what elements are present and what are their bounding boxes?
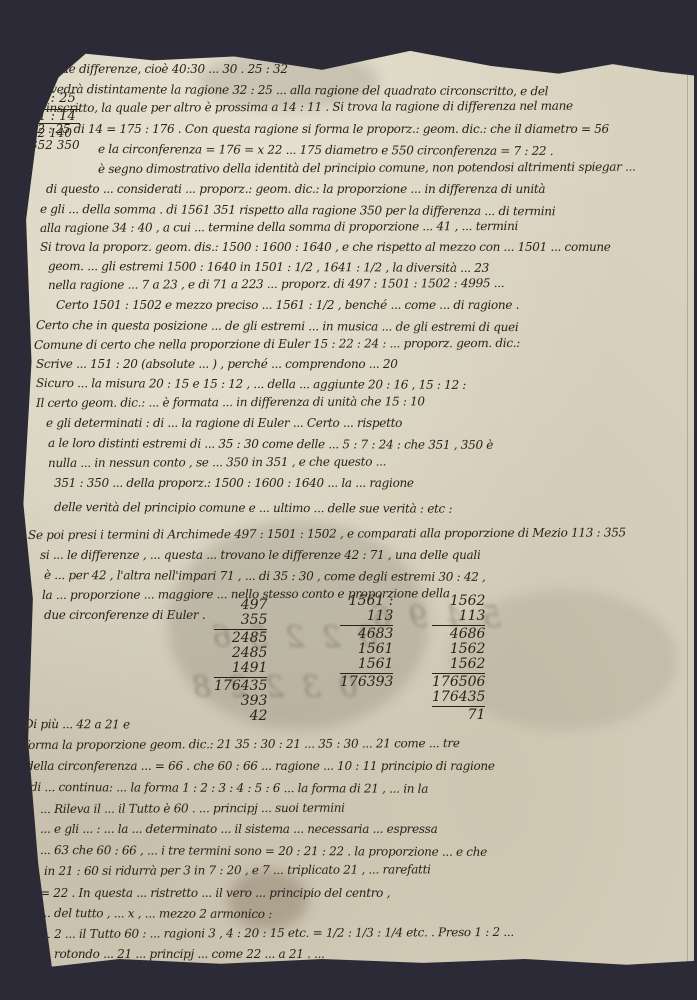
handwritten-line: Certo che in questa posizione ... de gli… (36, 318, 518, 334)
margin-calculation: 32 : 25 11 : 14 32 140 352 350 (30, 92, 80, 151)
handwritten-line: alla ragione 34 : 40 , a cui ... termine… (40, 219, 518, 235)
handwritten-line: Si trova la proporz. geom. dis.: 1500 : … (40, 240, 611, 254)
handwritten-line: nella ragione ... 7 a 23 , e di 71 a 223… (48, 276, 504, 292)
calculation-row: 1561 (340, 642, 393, 657)
handwritten-line: geom. ... gli estremi 1500 : 1640 in 150… (48, 259, 489, 275)
handwritten-line: Se poi presi i termini di Archimede 497 … (28, 525, 626, 542)
handwritten-line: ... 2 ... il Tutto 60 : ... ragioni 3 , … (40, 925, 514, 941)
calculation-row: 176435 (214, 679, 267, 694)
margin-calc-line: 352 350 (30, 139, 80, 151)
handwritten-line: Sicuro ... la misura 20 : 15 e 15 : 12 ,… (36, 376, 466, 392)
scanned-manuscript: 0 2 2 5 6 0 3 2 2 8 5 4 9 6 ...inversion… (0, 0, 697, 1000)
calculation-row: 1562 (432, 657, 485, 672)
handwritten-line: 351 : 350 ... della proporz.: 1500 : 160… (54, 476, 414, 490)
handwritten-line: e la circonferenza = 176 = x 22 ... 175 … (98, 142, 553, 158)
calculation-row: 1562 (432, 642, 485, 657)
handwritten-line: ... del tutto , ... x , ... mezzo 2 armo… (40, 906, 272, 921)
calculation-row: 355 (214, 613, 267, 628)
calculation-row: 2485 (214, 646, 267, 661)
manuscript-page: 0 2 2 5 6 0 3 2 2 8 5 4 9 6 ...inversion… (18, 30, 694, 978)
handwritten-line: ...inversioni delle... (60, 38, 160, 51)
calculation-row: 2485 (214, 631, 267, 646)
handwritten-line: Di più ... 42 a 21 e (24, 717, 130, 731)
margin-calc-line: 11 : 14 (30, 109, 80, 124)
handwritten-line: in 21 : 60 si ridurrà per 3 in 7 : 20 , … (44, 862, 431, 878)
handwritten-line: della circonferenza ... = 66 . che 60 : … (26, 759, 495, 773)
handwritten-line: delle verità del principio comune e ... … (54, 500, 452, 516)
handwritten-line: ... Rileva il ... il Tutto è 60 . ... pr… (40, 801, 345, 816)
calculation-row: 113 (340, 609, 393, 624)
ink-stain-lower-left (228, 870, 308, 930)
handwritten-line: Il certo geom. dic.: ... è formata ... i… (36, 394, 425, 410)
handwritten-line: si ... le differenze , ... questa ... tr… (40, 548, 480, 562)
calculation-row: 497 (214, 598, 267, 613)
handwritten-line: = 22 . In questa ... ristretto ... il ve… (40, 886, 390, 900)
handwritten-line: è ... per 42 , l'altra nell'impari 71 , … (44, 568, 486, 584)
handwritten-line: e vedrà distintamente la ragione 32 : 25… (40, 82, 548, 98)
handwritten-line: Comune di certo che nella proporzione di… (34, 336, 520, 352)
calculation-row: 71 (432, 708, 485, 723)
calculation-column: 49735524852485149117643539342 (214, 598, 267, 724)
handwritten-line: due circonferenze di Euler . (44, 608, 205, 622)
handwritten-line: ... rotondo ... 21 ... principj ... come… (40, 947, 325, 961)
handwritten-line: le due differenze, cioè 40:30 ... 30 . 2… (40, 62, 288, 76)
handwritten-line: Certo 1501 : 1502 e mezzo preciso ... 15… (56, 298, 519, 312)
handwritten-line: a le loro distinti estremi di ... 35 : 3… (48, 436, 493, 452)
handwritten-line: 32 : 25 di 14 = 175 : 176 . Con questa r… (30, 122, 609, 136)
handwritten-line: ... e ... Ebrei ... I ... e ... (40, 967, 171, 982)
handwritten-line: Scrive ... 151 : 20 (absolute ... ) , pe… (36, 357, 398, 371)
calculation-row: 113 (432, 609, 485, 624)
calculation-row: 1561 : (340, 594, 393, 609)
calculation-row: 1562 (432, 594, 485, 609)
handwritten-line: nulla ... in nessun conto , se ... 350 i… (48, 455, 386, 470)
handwritten-line: e gli ... della somma . di 1561 351 risp… (40, 202, 555, 218)
handwritten-line: e gli determinati : di ... la ragione di… (46, 416, 402, 430)
handwritten-line: di ... continua: ... la forma 1 : 2 : 3 … (30, 780, 428, 796)
calculation-column: 1561 :113468315611561176393 (340, 594, 393, 690)
calculation-row: 1561 (340, 657, 393, 672)
handwritten-line: è segno dimostrativo della identità del … (98, 160, 636, 176)
handwritten-line: ... 63 che 60 : 66 , ... i tre termini s… (40, 843, 487, 859)
handwritten-line: di questo ... considerati ... proporz.: … (46, 182, 545, 196)
calculation-row: 4686 (432, 627, 485, 642)
margin-calc-line: 32 : 25 (30, 92, 80, 105)
calculation-row: 393 (214, 694, 267, 709)
calculation-row: 42 (214, 709, 267, 724)
calculation-column: 156211346861562156217650617643571 (432, 594, 485, 723)
calculation-row: 176393 (340, 675, 393, 690)
handwritten-line: inscritto, la quale per altro è prossima… (46, 99, 573, 115)
calculation-row: 4683 (340, 627, 393, 642)
calculation-row: 1491 (214, 661, 267, 676)
handwritten-line: ... e gli ... : ... la ... determinato .… (40, 822, 438, 836)
